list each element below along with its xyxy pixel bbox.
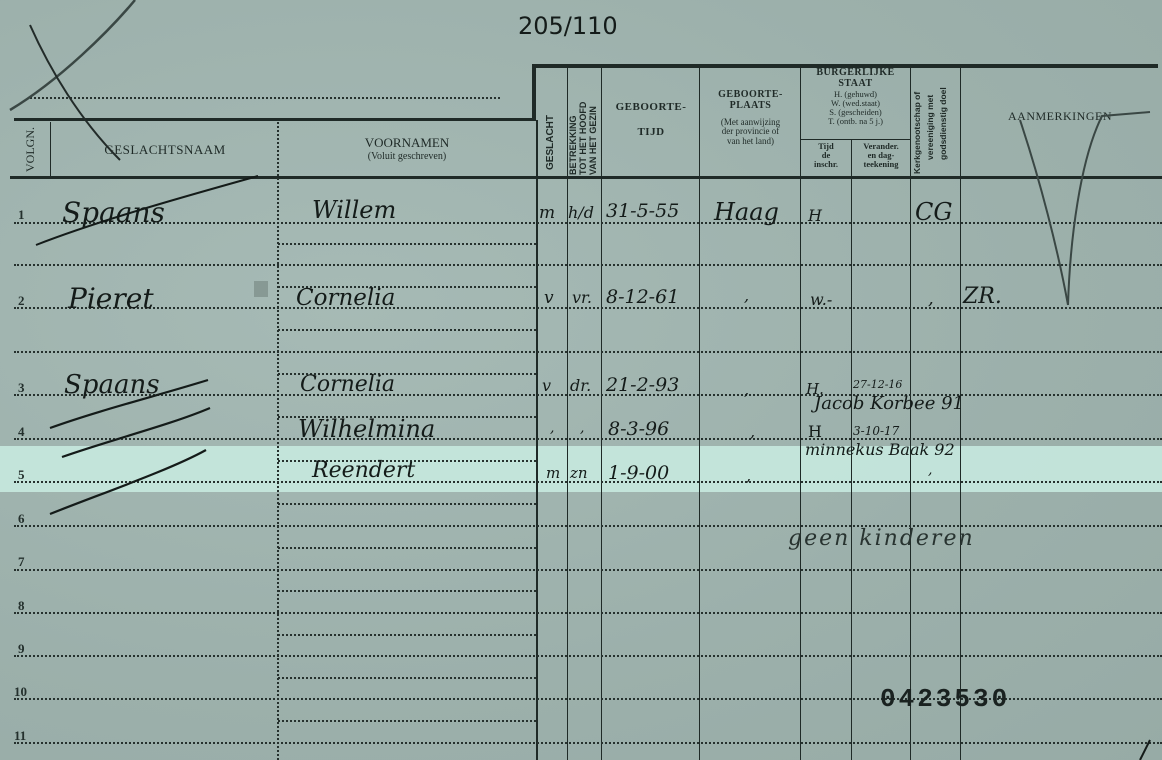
strike-row4-icon [62,408,210,457]
registration-card: 205/110 VOLGN. GESLACHTSNAAM VOORNAMEN (… [0,0,1162,760]
strike-row3-icon [50,380,208,428]
stamp-mark-icon [254,281,268,297]
check-mark-icon [1068,112,1150,305]
strike-row1-icon [36,176,258,245]
corner-mark-icon [1140,740,1150,760]
strike-row5-icon [50,450,206,514]
corner-stroke-icon [10,0,135,110]
pen-strokes [0,0,1162,760]
corner-stroke-icon [30,25,120,160]
check-mark-icon [1020,120,1068,305]
